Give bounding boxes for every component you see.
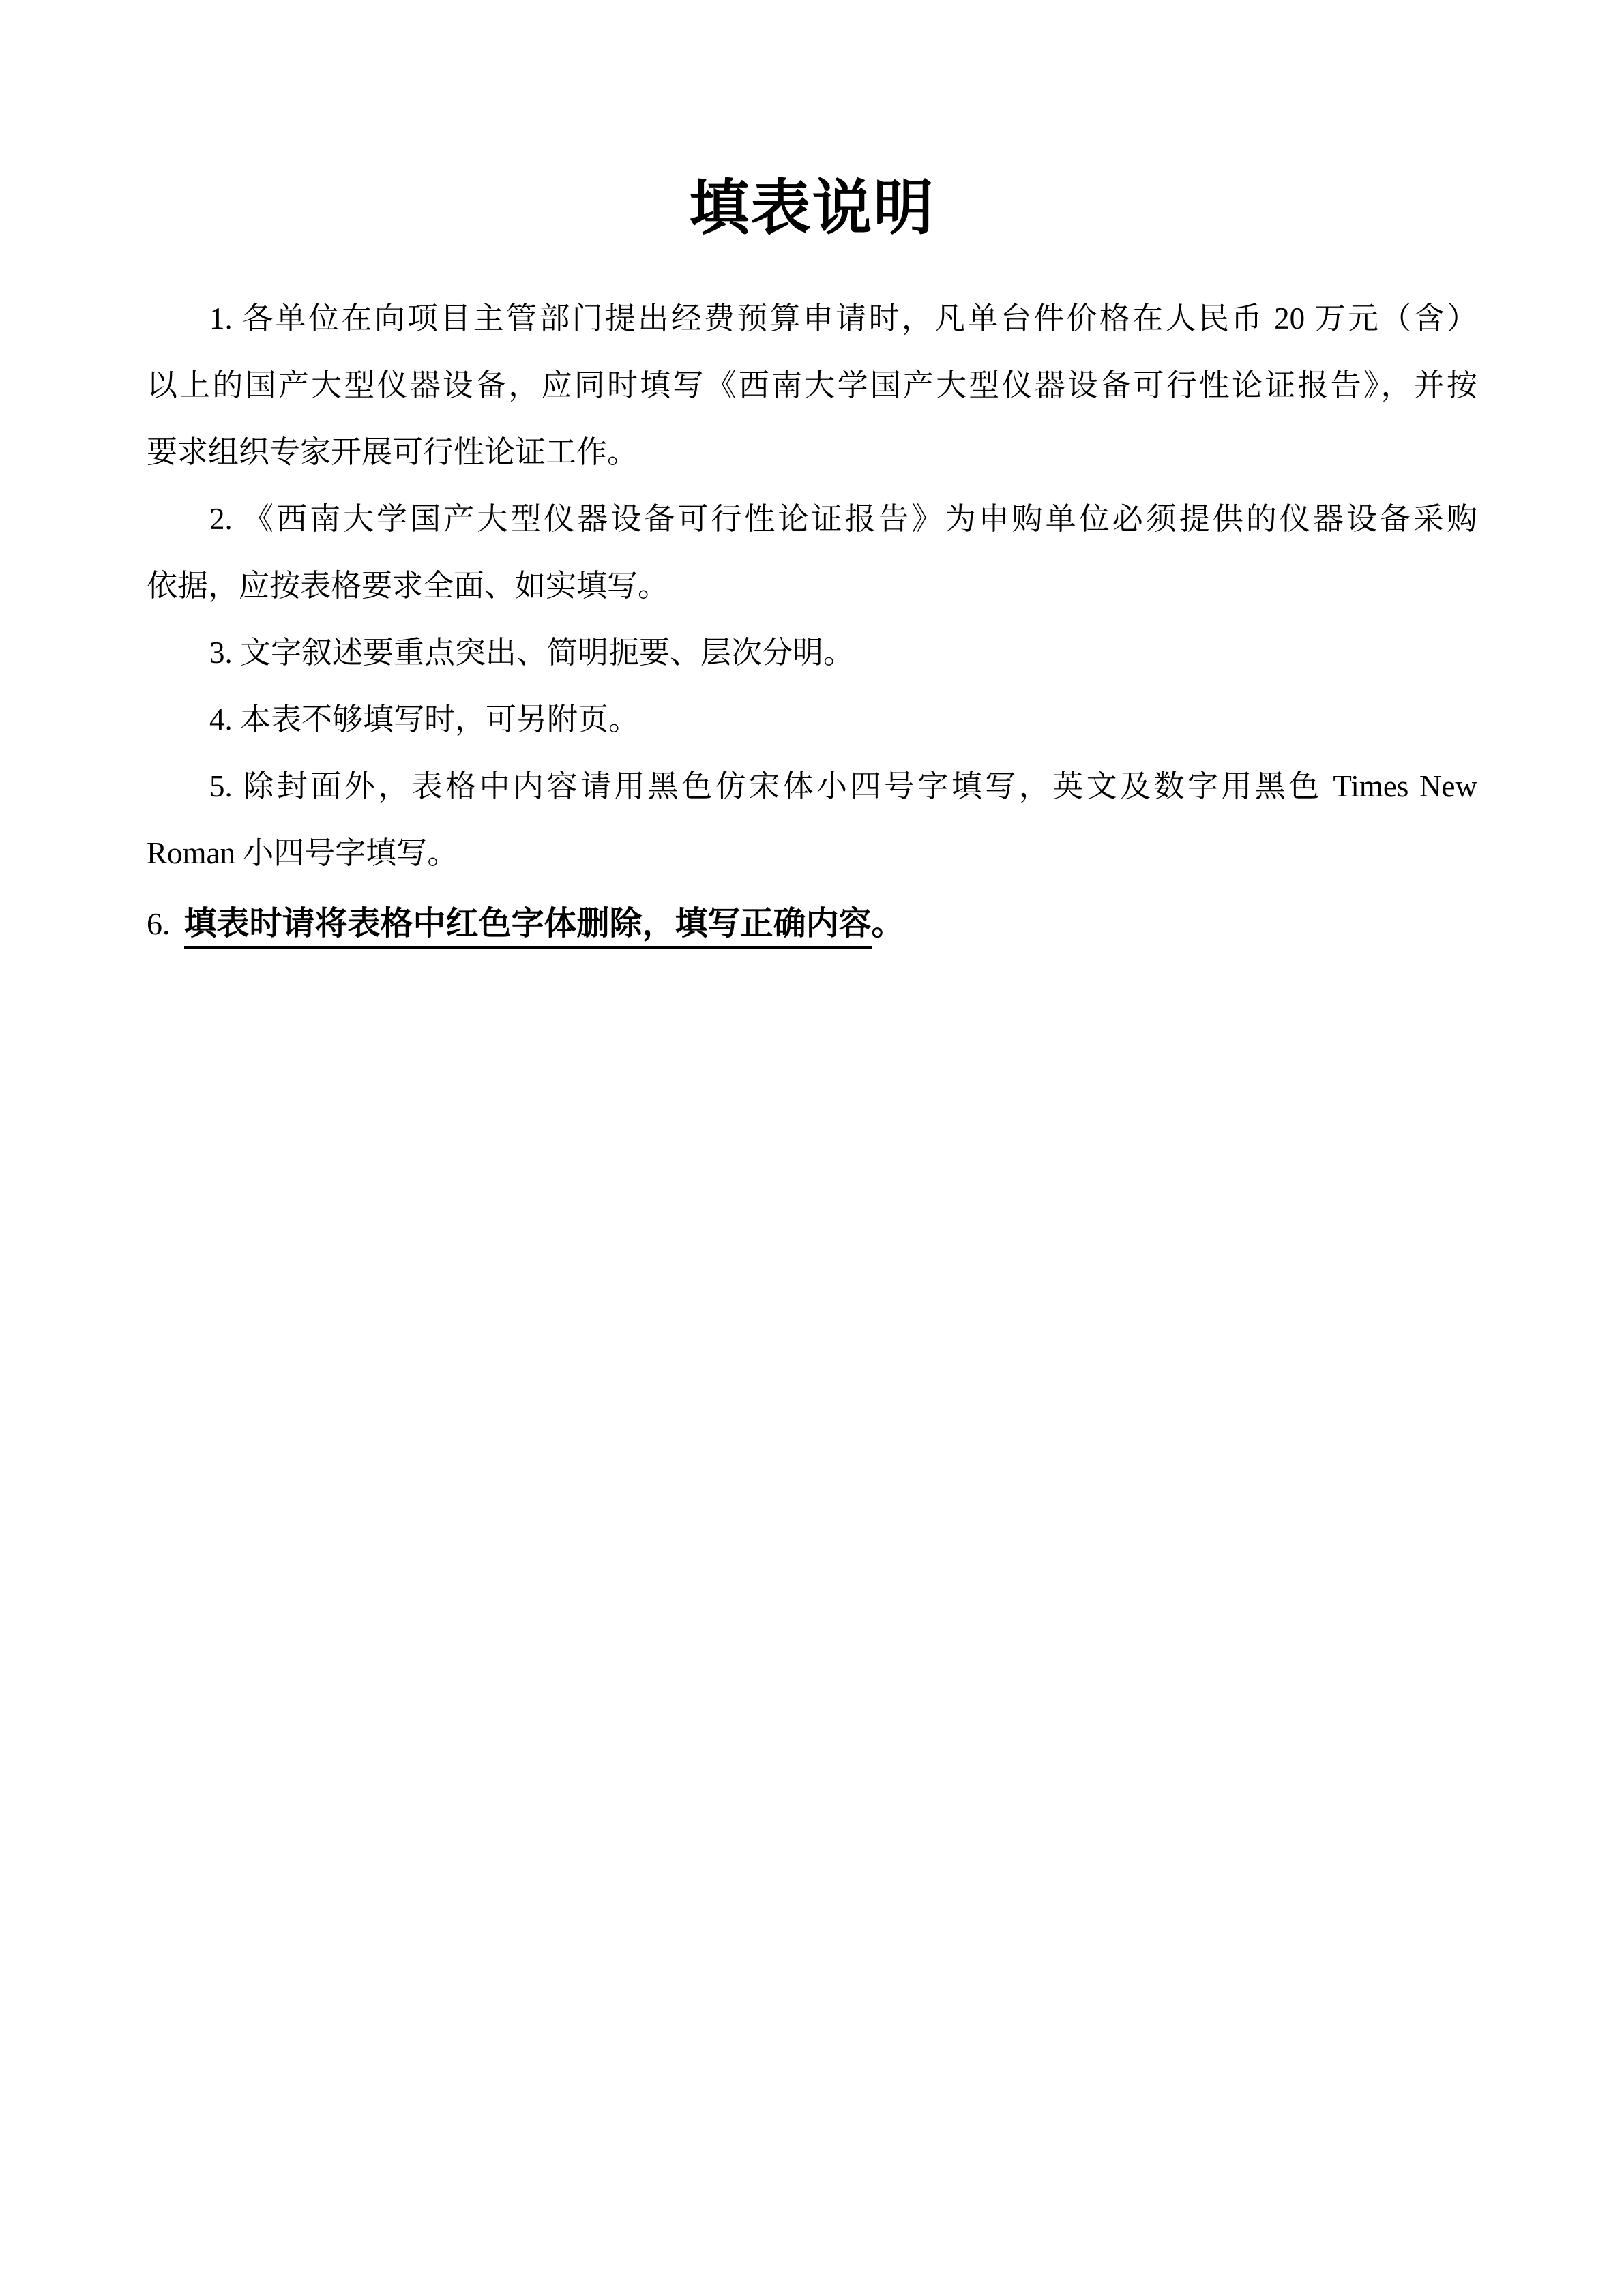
page-title: 填表说明 bbox=[147, 0, 1477, 247]
instruction-6-period: 。 bbox=[872, 906, 904, 942]
text-line: Roman 小四号字填写。 bbox=[147, 820, 1477, 886]
text-line: 2. 《西南大学国产大型仪器设备可行性论证报告》为申购单位必须提供的仪器设备采购 bbox=[147, 486, 1477, 552]
instruction-6: 6.填表时请将表格中红色字体删除，填写正确内容。 bbox=[147, 891, 1477, 957]
text-line: 5. 除封面外，表格中内容请用黑色仿宋体小四号字填写，英文及数字用黑色 Time… bbox=[147, 753, 1477, 820]
instruction-paragraph: 4. 本表不够填写时，可另附页。 bbox=[147, 686, 1477, 753]
instructions-list: 1. 各单位在向项目主管部门提出经费预算申请时，凡单台件价格在人民币 20 万元… bbox=[147, 285, 1477, 886]
instruction-paragraph: 3. 文字叙述要重点突出、简明扼要、层次分明。 bbox=[147, 619, 1477, 686]
text-line: 4. 本表不够填写时，可另附页。 bbox=[147, 686, 1477, 753]
instruction-6-emphasized-text: 填表时请将表格中红色字体删除，填写正确内容 bbox=[184, 906, 872, 949]
instruction-paragraph: 1. 各单位在向项目主管部门提出经费预算申请时，凡单台件价格在人民币 20 万元… bbox=[147, 285, 1477, 486]
document-page: 填表说明 1. 各单位在向项目主管部门提出经费预算申请时，凡单台件价格在人民币 … bbox=[0, 0, 1624, 2296]
text-line: 1. 各单位在向项目主管部门提出经费预算申请时，凡单台件价格在人民币 20 万元… bbox=[147, 285, 1477, 352]
text-line: 要求组织专家开展可行性论证工作。 bbox=[147, 419, 1477, 486]
text-line: 以上的国产大型仪器设备，应同时填写《西南大学国产大型仪器设备可行性论证报告》，并… bbox=[147, 352, 1477, 419]
instruction-paragraph: 5. 除封面外，表格中内容请用黑色仿宋体小四号字填写，英文及数字用黑色 Time… bbox=[147, 753, 1477, 886]
instruction-6-number: 6. bbox=[147, 906, 171, 941]
instruction-paragraph: 2. 《西南大学国产大型仪器设备可行性论证报告》为申购单位必须提供的仪器设备采购… bbox=[147, 486, 1477, 619]
text-line: 依据，应按表格要求全面、如实填写。 bbox=[147, 552, 1477, 619]
text-line: 3. 文字叙述要重点突出、简明扼要、层次分明。 bbox=[147, 619, 1477, 686]
